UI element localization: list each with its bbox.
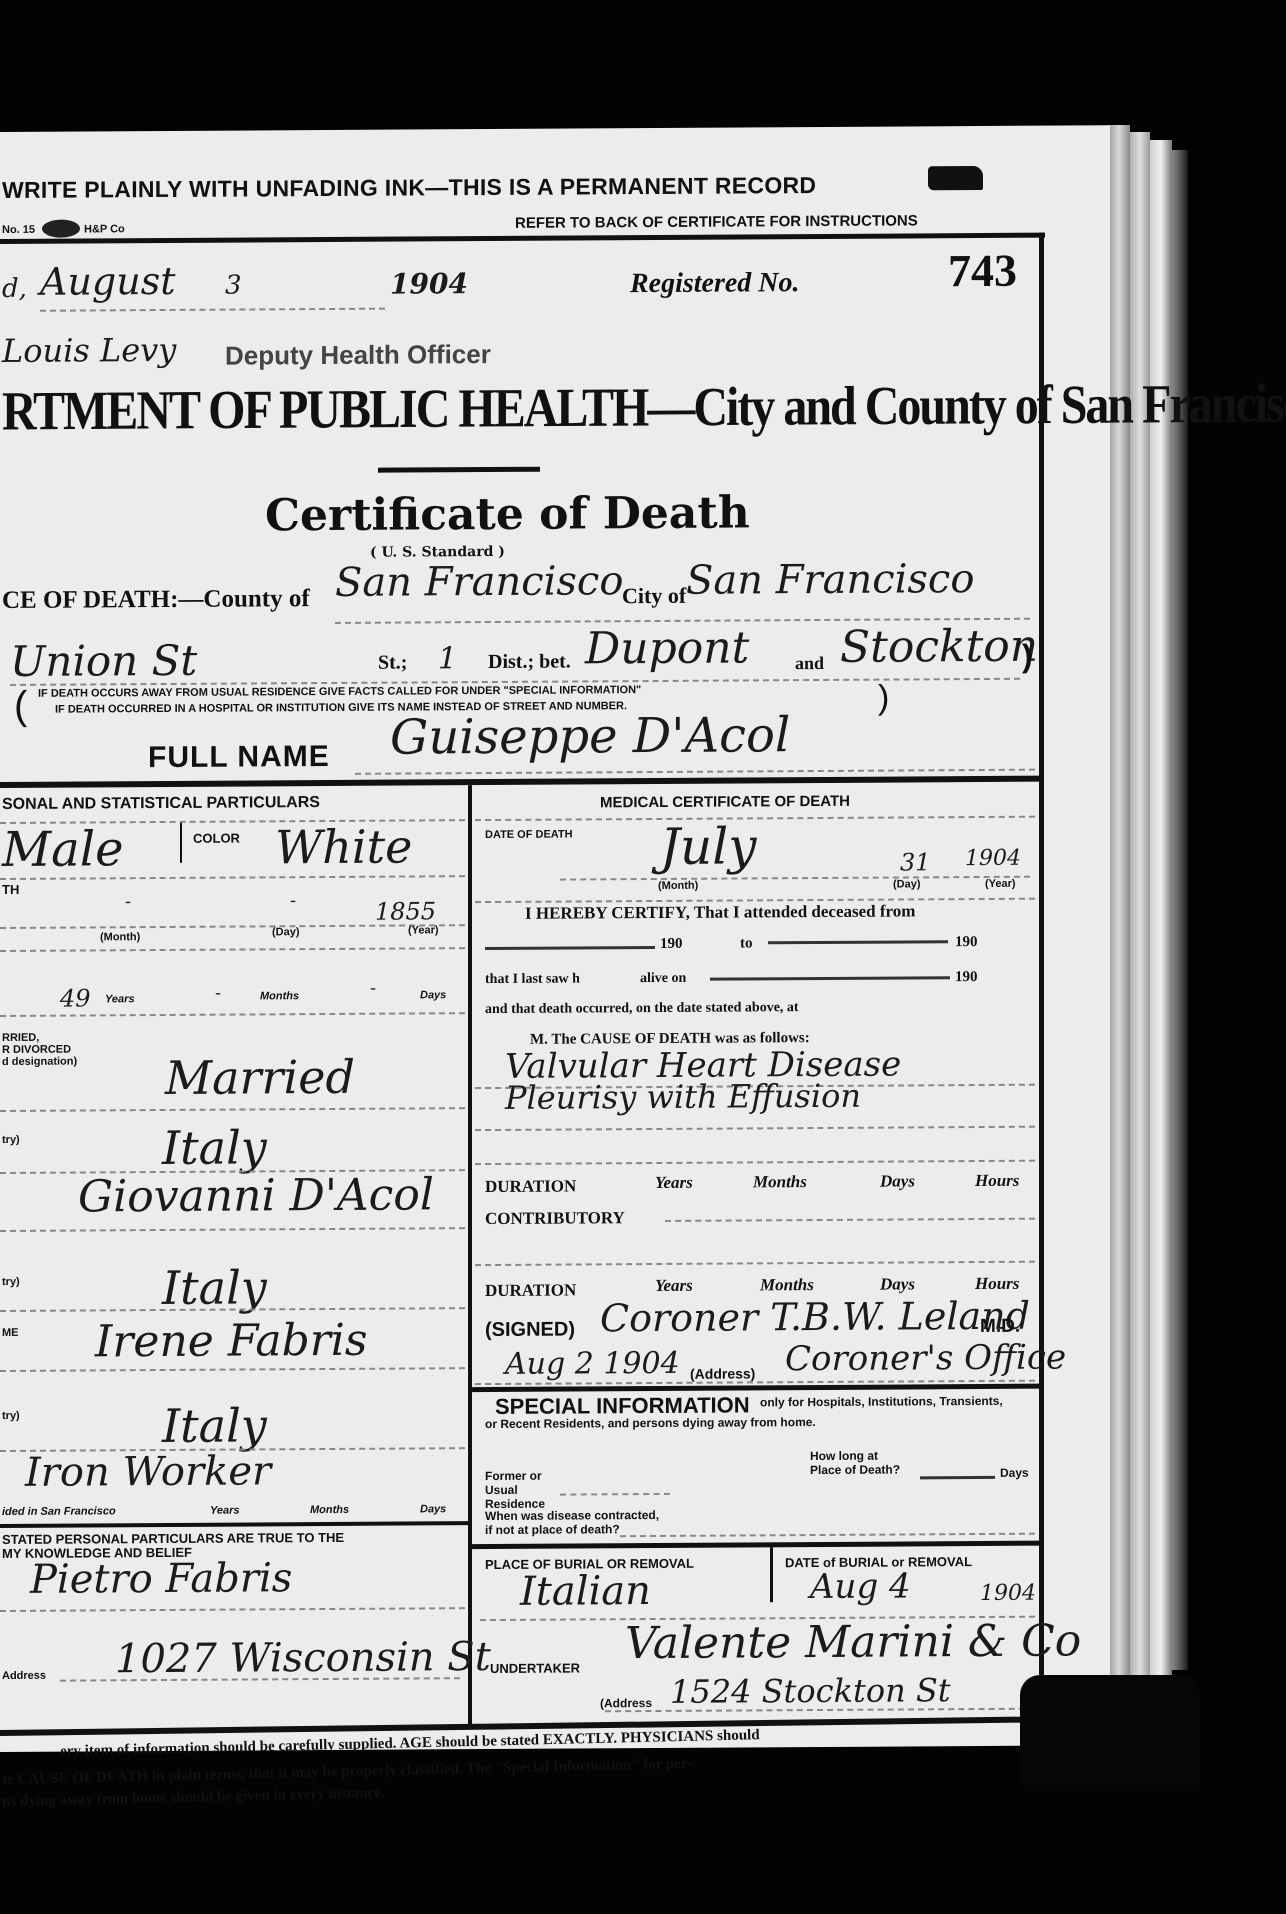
undertaker-address-label: (Address [600,1696,652,1710]
md-label: M.D. [980,1316,1020,1338]
medical-header: MEDICAL CERTIFICATE OF DEATH [600,793,850,812]
alive-year: 190 [955,969,978,986]
age-years: 49 [60,984,91,1012]
marital-status: Married [165,1050,355,1105]
filed-year: 1904 [390,267,468,300]
duration-label-1: DURATION [485,1176,576,1197]
instructions-note: REFER TO BACK OF CERTIFICATE FOR INSTRUC… [515,212,918,231]
duration-hours-1: Hours [975,1171,1019,1191]
place-of-death-label: CE OF DEATH:—County of [2,585,310,615]
contributory-label: CONTRIBUTORY [485,1208,625,1229]
how-long-days-label: Days [1000,1466,1029,1480]
informant-name: Pietro Fabris [30,1555,292,1603]
occurred-line: and that death occurred, on the date sta… [485,1000,799,1018]
resided-years-label: Years [210,1505,240,1517]
duration-months-2: Months [760,1275,814,1295]
signer-address-label: (Address) [690,1365,755,1381]
death-certificate: WRITE PLAINLY WITH UNFADING INK—THIS IS … [0,125,1110,1752]
former-residence-label: Former or Usual Residence [485,1469,565,1511]
birth-month: - [125,891,131,912]
signed-label: (SIGNED) [485,1318,575,1342]
color-label: COLOR [193,831,240,846]
resided-months-label: Months [310,1504,349,1516]
between-street-2: Stockton [840,621,1038,673]
how-long-label: How long at Place of Death? [810,1448,910,1477]
alive-on-label: alive on [640,971,686,987]
marital-label-2: R DIVORCED [2,1044,71,1056]
occupation-value: Iron Worker [25,1448,271,1496]
signed-by: Coroner T.B.W. Leland [600,1294,1030,1341]
filed-month: August [40,259,176,304]
district-label: Dist.; bet. [488,651,571,675]
mother-birthplace: Italy [162,1398,267,1453]
filed-day: 3 [225,271,242,301]
frame-right [1039,233,1044,1726]
birthplace-label: try) [2,1134,20,1146]
filed-prefix: d, [2,274,27,304]
personal-header: SONAL AND STATISTICAL PARTICULARS [2,794,320,814]
death-month: July [660,817,756,876]
frame-top [0,233,1045,244]
death-day-label: (Day) [893,878,921,890]
footer-line-2: te CAUSE OF DEATH in plain terms, that i… [2,1756,692,1789]
informant-address-label: Address [2,1670,46,1682]
city-value: San Francisco [686,556,974,604]
birth-year-label: (Year) [408,924,439,936]
certify-line: I HEREBY CERTIFY, That I attended deceas… [525,901,915,923]
death-year-label: (Year) [985,878,1016,890]
color-value: White [275,819,412,874]
column-divider [468,785,472,1725]
department-title: RTMENT OF PUBLIC HEALTH—City and County … [2,372,1286,443]
burial-rule [472,1541,1040,1549]
age-months: - [215,983,221,1004]
last-saw-label: that I last saw h [485,971,580,988]
resided-days-label: Days [420,1503,446,1515]
death-year: 1904 [965,846,1021,871]
duration-days-1: Days [880,1171,915,1191]
marital-label-3: d designation) [2,1056,77,1068]
age-days-label: Days [420,989,446,1001]
to-label: to [740,935,753,952]
mother-birthplace-label: try) [2,1410,20,1422]
duration-label-2: DURATION [485,1280,576,1301]
binding-shadow [1020,1675,1200,1785]
death-month-label: (Month) [658,880,698,892]
special-subtitle-2: or Recent Residents, and persons dying a… [485,1415,816,1431]
full-name-rule [0,776,1040,788]
duration-months-1: Months [753,1172,807,1192]
contracted-label: When was disease contracted, if not at p… [485,1508,660,1537]
full-name-value: Guiseppe D'Acol [390,707,790,765]
paren-close-2: ) [878,679,889,718]
color-divider [180,823,182,863]
informant-address: 1027 Wisconsin St [115,1634,491,1682]
father-birthplace-label: try) [2,1276,20,1288]
resided-label: ided in San Francisco [2,1505,116,1518]
page-stack-edge [1150,140,1172,1680]
residence-note-1: IF DEATH OCCURS AWAY FROM USUAL RESIDENC… [38,684,641,700]
signed-date: Aug 2 1904 [505,1346,680,1382]
father-name: Giovanni D'Acol [78,1169,434,1222]
burial-place: Italian [520,1568,651,1615]
to-year: 190 [955,934,978,951]
duration-days-2: Days [880,1274,915,1294]
and-label: and [795,653,824,674]
birth-label: TH [2,882,19,897]
page-stack-edge [1130,132,1150,1692]
registered-label: Registered No. [630,267,800,300]
birth-month-label: (Month) [100,931,140,943]
date-of-death-label: DATE OF DEATH [485,829,573,842]
burial-date: Aug 4 [810,1566,911,1607]
undertaker-address: 1524 Stockton St [670,1671,951,1711]
printer-name: H&P Co [84,223,125,235]
officer-title: Deputy Health Officer [225,339,491,372]
between-street-1: Dupont [585,622,749,674]
burial-year: 1904 [980,1581,1036,1606]
age-years-label: Years [105,993,135,1005]
birth-year: 1855 [375,897,436,925]
informant-rule [0,1521,468,1528]
burial-divider [770,1547,773,1602]
sex-value: Male [2,821,124,878]
duration-years-2: Years [655,1276,693,1296]
birth-day-label: (Day) [272,926,300,938]
registered-number: 743 [948,244,1017,297]
street-label: St.; [378,652,407,675]
signer-address: Coroner's Office [785,1337,1066,1379]
officer-signature: Louis Levy [2,331,176,370]
city-label: City of [622,583,686,609]
paren-close: ) [1022,638,1033,675]
county-value: San Francisco [335,558,623,606]
duration-years-1: Years [655,1173,693,1193]
age-months-label: Months [260,990,299,1002]
birthplace-value: Italy [162,1120,267,1175]
age-days: - [370,978,376,999]
undertaker-label: UNDERTAKER [490,1660,580,1676]
street-value: Union St [10,636,197,686]
mother-label: ME [2,1327,19,1339]
undertaker-value: Valente Marini & Co [625,1615,1081,1669]
special-subtitle-1: only for Hospitals, Institutions, Transi… [760,1394,1003,1409]
district-value: 1 [438,641,457,676]
printer-seal-icon [42,220,80,238]
full-name-label: FULL NAME [148,740,330,775]
cause-secondary: Pleurisy with Effusion [505,1077,861,1117]
death-day: 31 [900,848,931,876]
page-stack-edge [1108,125,1130,1685]
father-birthplace: Italy [162,1260,267,1315]
birth-day: - [290,890,296,911]
special-rule [472,1384,1040,1392]
duration-hours-2: Hours [975,1274,1019,1294]
title-divider [378,467,540,473]
footer-line-3: ns dying away from home should be given … [2,1785,385,1811]
paren-open: ( [14,684,27,729]
record-mark-icon [928,166,983,190]
top-banner: WRITE PLAINLY WITH UNFADING INK—THIS IS … [2,172,816,204]
form-number: No. 15 [2,224,35,236]
certificate-title: Certificate of Death [265,487,750,541]
from-year: 190 [660,936,683,953]
mother-name: Irene Fabris [95,1315,367,1368]
marital-label-1: RRIED, [2,1032,39,1044]
